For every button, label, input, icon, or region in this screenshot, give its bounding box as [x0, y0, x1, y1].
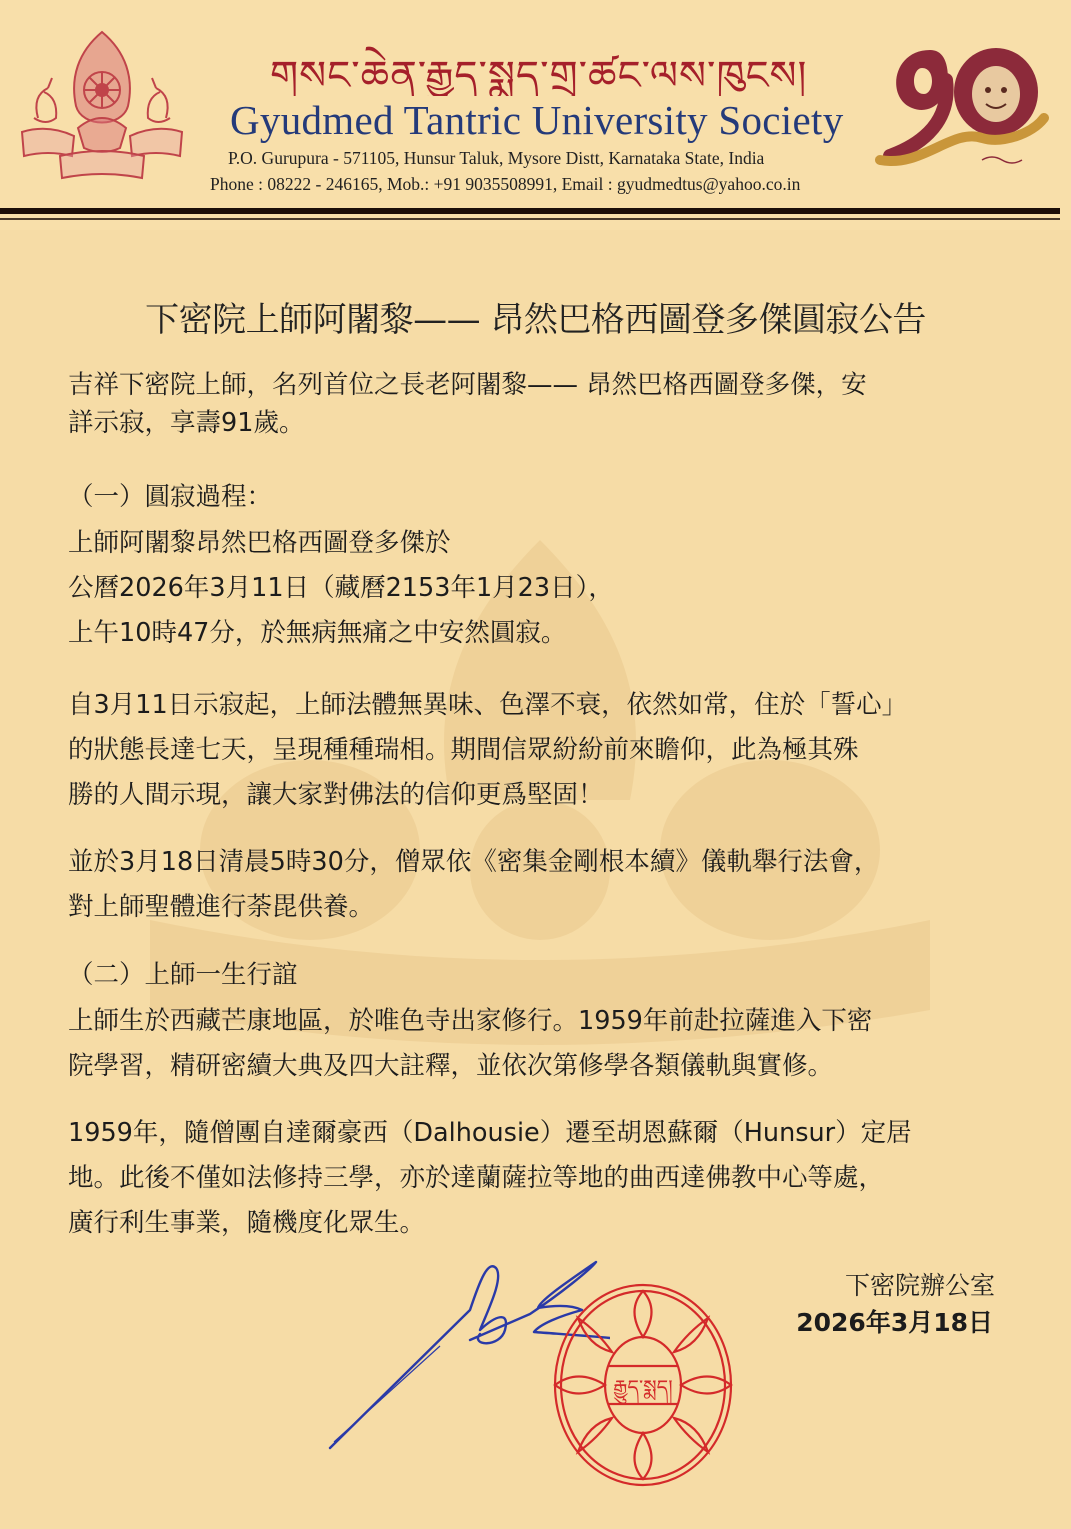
text-line: 自3月11日示寂起，上師法體無異味、色澤不衰，依然如常，住於「誓心」: [68, 683, 1008, 728]
issue-date: 2026年3月18日: [780, 1303, 993, 1339]
miracle-paragraph: 自3月11日示寂起，上師法體無異味、色澤不衰，依然如常，住於「誓心」 的狀態長達…: [68, 683, 1008, 818]
text-line: 公曆2026年3月11日（藏曆2153年1月23日），: [68, 566, 1008, 611]
text-line: 1959年，隨僧團自達爾豪西（Dalhousie）遷至胡恩蘇爾（Hunsur）定…: [68, 1111, 1008, 1156]
section-1-body: 上師阿闍黎昂然巴格西圖登多傑於 公曆2026年3月11日（藏曆2153年1月23…: [68, 521, 1008, 656]
organization-name: Gyudmed Tantric University Society: [230, 96, 860, 144]
text-line: 吉祥下密院上師，名列首位之長老阿闍黎—— 昂然巴格西圖登多傑，安: [68, 366, 1008, 404]
text-line: 勝的人間示現，讓大家對佛法的信仰更爲堅固！: [68, 773, 1008, 818]
postal-address: P.O. Gurupura - 571105, Hunsur Taluk, My…: [228, 148, 868, 169]
section-2-heading: （二）上師一生行誼: [68, 953, 1008, 998]
section-heading: （二）上師一生行誼: [68, 953, 1008, 998]
text-line: 並於3月18日清晨5時30分，僧眾依《密集金剛根本續》儀軌舉行法會，: [68, 840, 1008, 885]
section-heading: （一）圓寂過程：: [68, 475, 1008, 520]
letterhead: གསང་ཆེན་རྒྱུད་སྨད་གྲྭ་ཚང་ལས་ཁུངས། Gyudme…: [0, 0, 1071, 230]
exile-paragraph: 1959年，隨僧團自達爾豪西（Dalhousie）遷至胡恩蘇爾（Hunsur）定…: [68, 1111, 1008, 1246]
header-rule-thick: [0, 208, 1060, 214]
text-line: 對上師聖體進行荼毘供養。: [68, 885, 1008, 930]
header-rule-thin: [0, 218, 1060, 220]
intro-paragraph: 吉祥下密院上師，名列首位之長老阿闍黎—— 昂然巴格西圖登多傑，安 詳示寂，享壽9…: [68, 366, 1008, 442]
document-title: 下密院上師阿闍黎—— 昂然巴格西圖登多傑圓寂公告: [60, 292, 1011, 341]
dharma-wheel-deer-emblem-icon: [8, 28, 196, 190]
text-line: 上師生於西藏芒康地區，於唯色寺出家修行。1959年前赴拉薩進入下密: [68, 999, 1008, 1044]
text-line: 上師阿闍黎昂然巴格西圖登多傑於: [68, 521, 1008, 566]
seal-text: རྒྱུད་སྨད།: [613, 1375, 672, 1405]
text-line: 上午10時47分，於無病無痛之中安然圓寂。: [68, 611, 1008, 656]
red-lotus-seal-icon: རྒྱུད་སྨད།: [548, 1280, 738, 1490]
contact-details: Phone : 08222 - 246165, Mob.: +91 903550…: [210, 174, 930, 195]
cremation-paragraph: 並於3月18日清晨5時30分，僧眾依《密集金剛根本續》儀軌舉行法會， 對上師聖體…: [68, 840, 1008, 930]
text-line: 院學習，精研密續大典及四大註釋，並依次第修學各類儀軌與實修。: [68, 1044, 1008, 1089]
letter-page: གསང་ཆེན་རྒྱུད་སྨད་གྲྭ་ཚང་ལས་ཁུངས། Gyudme…: [0, 0, 1071, 1529]
section-1-heading: （一）圓寂過程：: [68, 475, 1008, 520]
text-line: 詳示寂，享壽91歲。: [68, 404, 1008, 442]
text-line: 廣行利生事業，隨機度化眾生。: [68, 1201, 1008, 1246]
text-line: 的狀態長達七天，呈現種種瑞相。期間信眾紛紛前來瞻仰，此為極其殊: [68, 728, 1008, 773]
issuing-office: 下密院辦公室: [800, 1266, 995, 1302]
tibetan-institution-name: གསང་ཆེན་རྒྱུད་སྨད་གྲྭ་ཚང་ལས་ཁུངས།: [270, 30, 830, 96]
section-2-body: 上師生於西藏芒康地區，於唯色寺出家修行。1959年前赴拉薩進入下密 院學習，精研…: [68, 999, 1008, 1089]
text-line: 地。此後不僅如法修持三學，亦於達蘭薩拉等地的曲西達佛教中心等處，: [68, 1156, 1008, 1201]
90th-anniversary-emblem-icon: [872, 38, 1052, 173]
